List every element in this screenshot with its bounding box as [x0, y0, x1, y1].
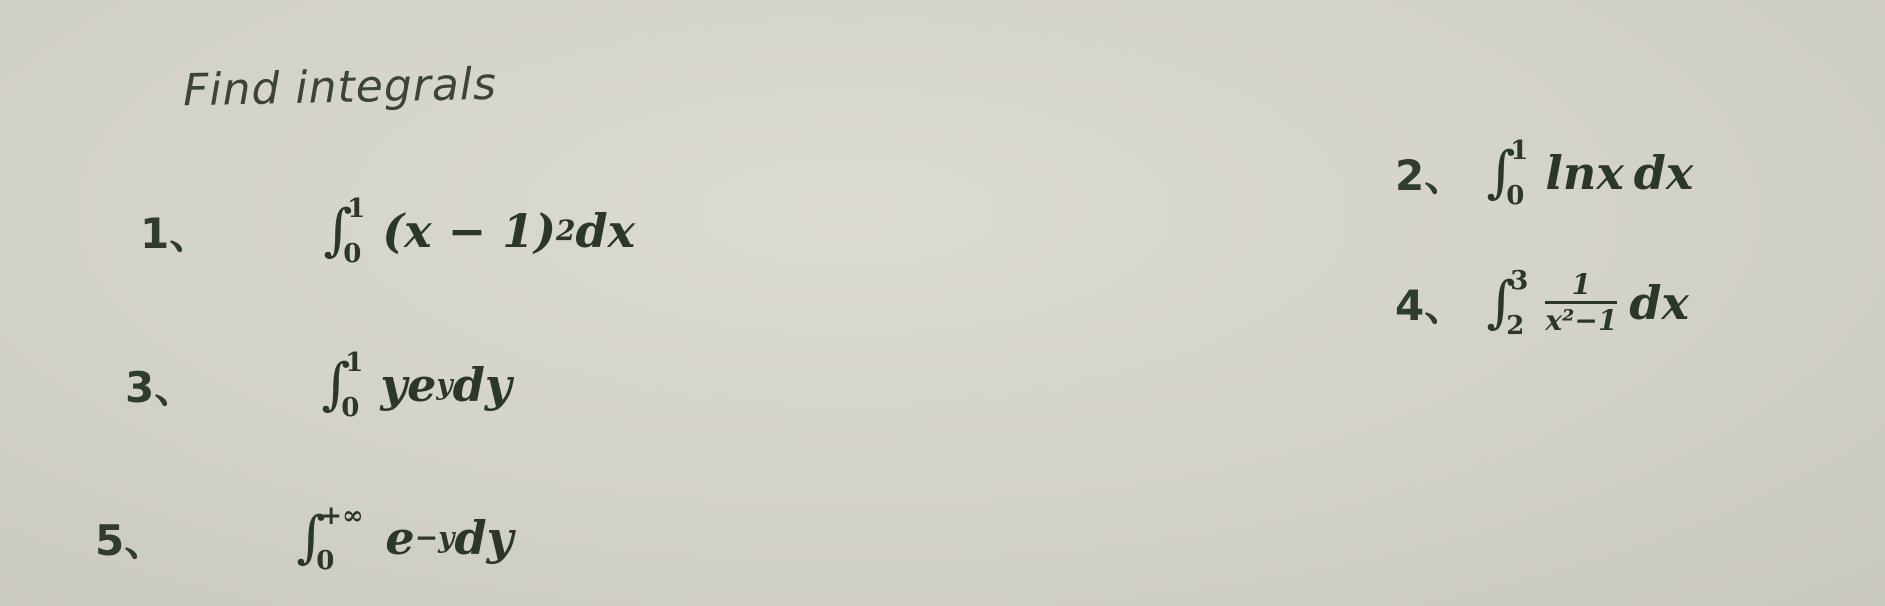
problem-5: 5、 ∫+∞0 e−ydy [95, 505, 513, 570]
integral-expression: ∫10 lnxdx [1486, 140, 1693, 205]
integral-expression: ∫32 1 x²−1 dx [1486, 268, 1689, 337]
integral-sign-icon: ∫10 [321, 352, 350, 417]
fraction: 1 x²−1 [1545, 268, 1617, 337]
problem-2: 2、 ∫10 lnxdx [1395, 140, 1693, 205]
problem-number: 3、 [125, 355, 196, 415]
problem-1: 1、 ∫10 (x − 1)2dx [140, 198, 635, 263]
integral-sign-icon: ∫32 [1486, 270, 1515, 335]
problem-number: 5、 [95, 508, 166, 568]
problem-number: 4、 [1395, 273, 1466, 333]
integral-expression: ∫10 yeydy [321, 352, 511, 417]
integral-sign-icon: ∫10 [1486, 140, 1515, 205]
page-title: Find integrals [183, 59, 498, 117]
problem-3: 3、 ∫10 yeydy [125, 352, 512, 417]
integral-expression: ∫+∞0 e−ydy [296, 505, 513, 570]
problem-number: 1、 [140, 201, 211, 261]
problem-number: 2、 [1395, 143, 1466, 203]
integral-sign-icon: ∫10 [323, 198, 352, 263]
problem-4: 4、 ∫32 1 x²−1 dx [1395, 268, 1689, 337]
integral-sign-icon: ∫+∞0 [296, 505, 325, 570]
integral-expression: ∫10 (x − 1)2dx [323, 198, 635, 263]
